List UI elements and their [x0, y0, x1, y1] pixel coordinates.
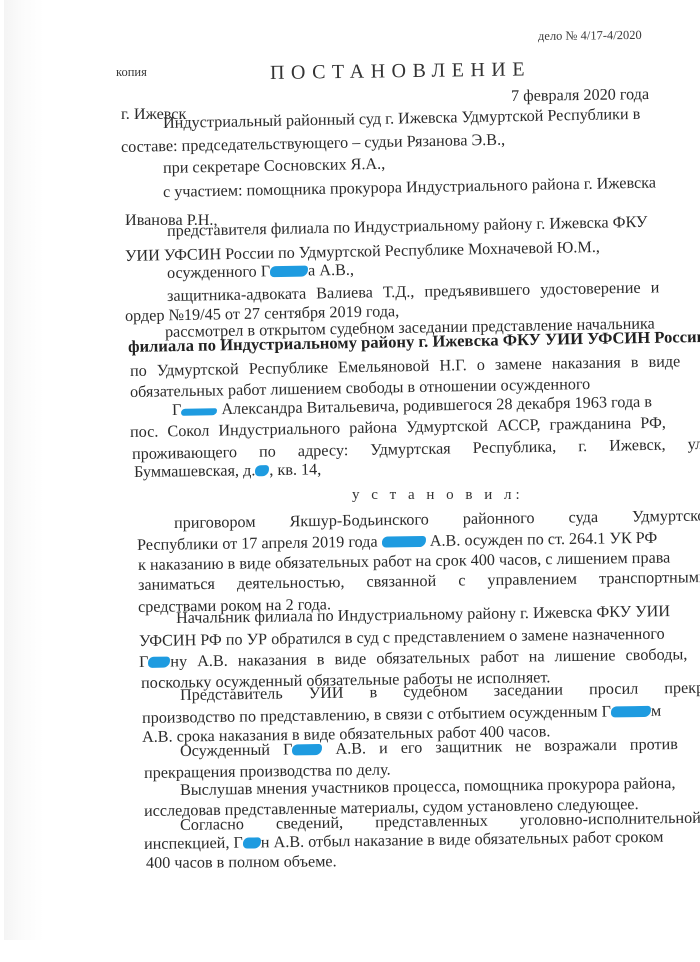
document-title: ПОСТАНОВЛЕНИЕ — [270, 59, 531, 83]
street-line: Буммашевская, д., кв. 14, — [134, 459, 322, 482]
redaction-mark — [181, 408, 217, 416]
redaction-mark — [382, 536, 426, 548]
info-line-3: 400 часов в полном объеме. — [146, 851, 337, 873]
redaction-mark — [255, 465, 269, 476]
street-text-after: , кв. 14, — [269, 460, 321, 479]
case-number: дело № 4/17-4/2020 — [538, 25, 642, 46]
intro-line-3: при секретаре Сосновских Я.А., — [163, 154, 386, 178]
street-text-before: Буммашевская, д. — [134, 461, 256, 481]
info-text-after: н А.В. отбыл наказание в виде обязательн… — [261, 828, 664, 852]
person-text-before: Г — [172, 401, 182, 419]
redaction-mark — [148, 657, 170, 668]
convict-line: осужденного Га А.В., — [167, 260, 354, 283]
verdict-text-before: Республики от 17 апреля 2019 года — [137, 533, 382, 554]
established-heading: у с т а н о в и л: — [352, 485, 524, 505]
redaction-mark — [292, 744, 322, 755]
intro-line-4: с участием: помощника прокурора Индустри… — [163, 173, 656, 202]
copy-mark: копия — [116, 62, 147, 82]
verdict-text-after: А.В. осужден по ст. 264.1 УК РФ — [426, 529, 658, 550]
scanned-document-page: дело № 4/17-4/2020 копия ПОСТАНОВЛЕНИЕ 7… — [4, 0, 694, 940]
redaction-mark — [611, 706, 651, 718]
convict-text-before: осужденного Г — [167, 262, 270, 282]
convict-objection-before: Осужденный Г — [180, 740, 293, 760]
convict-objection-after: А.В. и его защитник не возражали против — [322, 735, 678, 758]
document-date: 7 февраля 2020 года — [511, 84, 649, 106]
redaction-mark — [270, 266, 308, 278]
rep-text-after: м — [651, 702, 662, 720]
page-bottom-margin — [0, 940, 700, 962]
info-text-before: инспекцией, Г — [144, 834, 243, 853]
chief-text-before: Г — [139, 653, 149, 671]
convict-text-after: а А.В., — [308, 261, 354, 280]
intro-line-2: составе: председательствующего – судьи Р… — [121, 130, 505, 157]
redaction-mark — [243, 837, 261, 848]
intro-line-1: Индустриальный районный суд г. Ижевска У… — [163, 103, 694, 133]
